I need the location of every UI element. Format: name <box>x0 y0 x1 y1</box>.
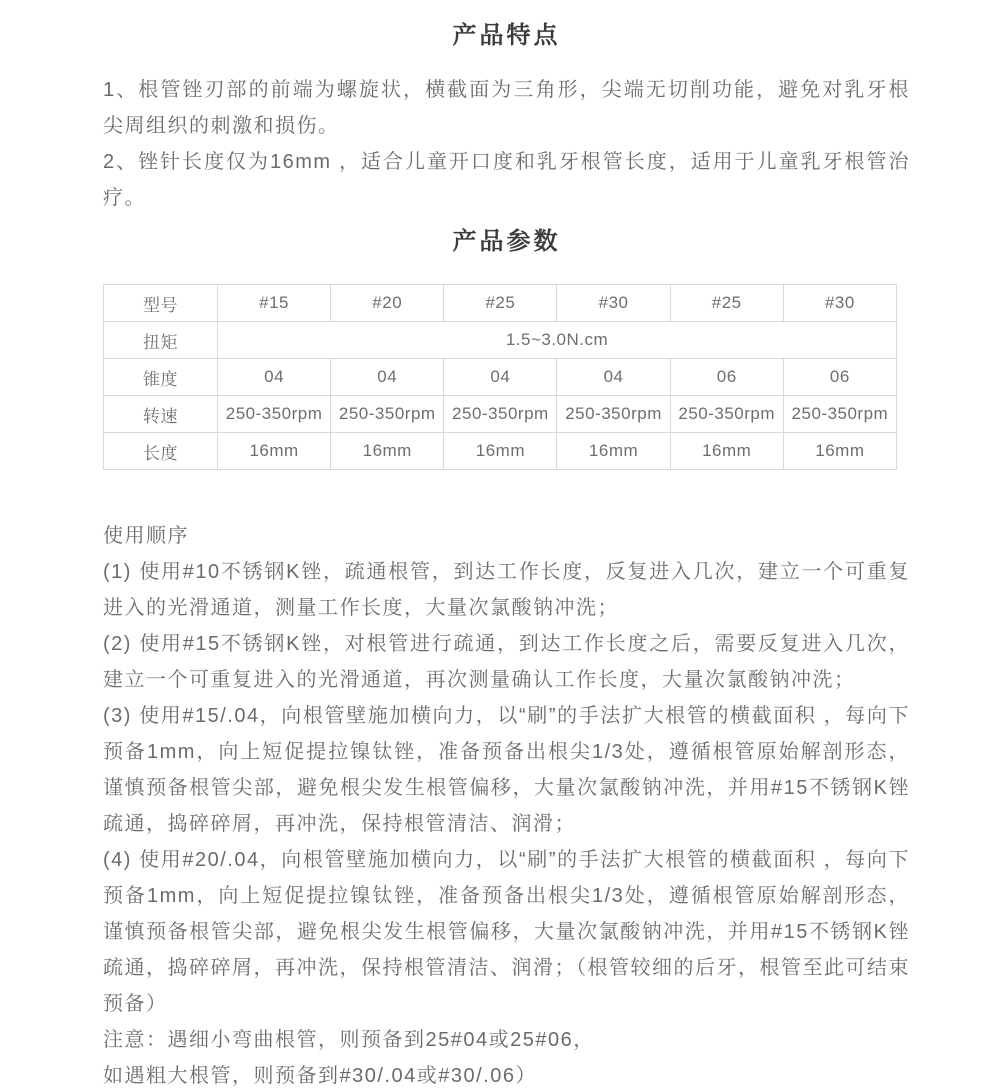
length-cell: 16mm <box>670 433 783 470</box>
table-row-taper: 锥度 04 04 04 04 06 06 <box>104 359 897 396</box>
length-cell: 16mm <box>331 433 444 470</box>
usage-note-1: 注意：遇细小弯曲根管，则预备到25#04或25#06， <box>103 1022 910 1058</box>
usage-step-3: (3) 使用#15/.04，向根管壁施加横向力，以“刷”的手法扩大根管的横截面积… <box>103 698 910 842</box>
taper-cell: 04 <box>557 359 670 396</box>
model-cell: #25 <box>670 285 783 322</box>
table-row-model: 型号 #15 #20 #25 #30 #25 #30 <box>104 285 897 322</box>
speed-cell: 250-350rpm <box>557 396 670 433</box>
model-cell: #30 <box>783 285 896 322</box>
taper-cell: 04 <box>218 359 331 396</box>
table-row-length: 长度 16mm 16mm 16mm 16mm 16mm 16mm <box>104 433 897 470</box>
length-cell: 16mm <box>783 433 896 470</box>
speed-cell: 250-350rpm <box>783 396 896 433</box>
row-label-speed: 转速 <box>104 396 218 433</box>
model-cell: #25 <box>444 285 557 322</box>
table-row-speed: 转速 250-350rpm 250-350rpm 250-350rpm 250-… <box>104 396 897 433</box>
speed-cell: 250-350rpm <box>218 396 331 433</box>
usage-heading: 使用顺序 <box>103 518 910 554</box>
speed-cell: 250-350rpm <box>670 396 783 433</box>
model-cell: #15 <box>218 285 331 322</box>
taper-cell: 06 <box>670 359 783 396</box>
speed-cell: 250-350rpm <box>331 396 444 433</box>
row-label-taper: 锥度 <box>104 359 218 396</box>
taper-cell: 06 <box>783 359 896 396</box>
speed-cell: 250-350rpm <box>444 396 557 433</box>
product-description-page: 产品特点 1、根管锉刃部的前端为螺旋状，横截面为三角形，尖端无切削功能，避免对乳… <box>0 0 1000 1092</box>
row-label-length: 长度 <box>104 433 218 470</box>
usage-step-2: (2) 使用#15不锈钢K锉，对根管进行疏通，到达工作长度之后，需要反复进入几次… <box>103 626 910 698</box>
features-paragraphs: 1、根管锉刃部的前端为螺旋状，横截面为三角形，尖端无切削功能，避免对乳牙根尖周组… <box>103 72 910 216</box>
usage-section: 使用顺序 (1) 使用#10不锈钢K锉，疏通根管，到达工作长度，反复进入几次，建… <box>103 518 910 1092</box>
row-label-torque: 扭矩 <box>104 322 218 359</box>
usage-step-4: (4) 使用#20/.04，向根管壁施加横向力，以“刷”的手法扩大根管的横截面积… <box>103 842 910 1022</box>
model-cell: #30 <box>557 285 670 322</box>
row-label-model: 型号 <box>104 285 218 322</box>
model-cell: #20 <box>331 285 444 322</box>
length-cell: 16mm <box>557 433 670 470</box>
usage-note-2: 如遇粗大根管，则预备到#30/.04或#30/.06） <box>103 1058 910 1092</box>
length-cell: 16mm <box>218 433 331 470</box>
taper-cell: 04 <box>331 359 444 396</box>
parameters-table: 型号 #15 #20 #25 #30 #25 #30 扭矩 1.5~3.0N.c… <box>103 284 897 470</box>
table-row-torque: 扭矩 1.5~3.0N.cm <box>104 322 897 359</box>
torque-cell: 1.5~3.0N.cm <box>218 322 897 359</box>
feature-paragraph-1: 1、根管锉刃部的前端为螺旋状，横截面为三角形，尖端无切削功能，避免对乳牙根尖周组… <box>103 72 910 144</box>
feature-paragraph-2: 2、锉针长度仅为16mm ，适合儿童开口度和乳牙根管长度，适用于儿童乳牙根管治疗… <box>103 144 910 216</box>
length-cell: 16mm <box>444 433 557 470</box>
features-section-title: 产品特点 <box>103 20 910 52</box>
parameters-section-title: 产品参数 <box>103 226 910 258</box>
usage-step-1: (1) 使用#10不锈钢K锉，疏通根管，到达工作长度，反复进入几次，建立一个可重… <box>103 554 910 626</box>
taper-cell: 04 <box>444 359 557 396</box>
